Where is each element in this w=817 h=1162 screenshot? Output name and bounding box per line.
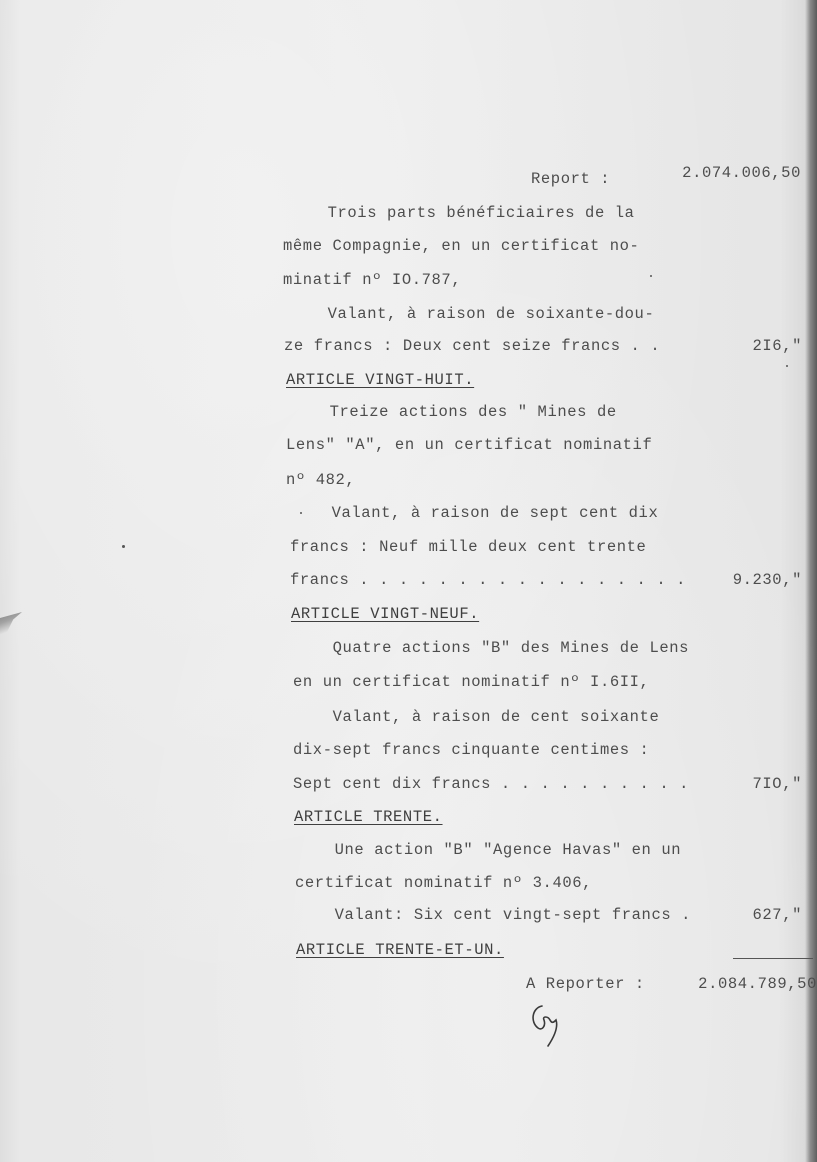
ink-speck [650, 275, 652, 277]
line-amount: 627," [680, 906, 802, 924]
body-line: minatif nº IO.787, [283, 271, 461, 289]
line-amount: 2I6," [680, 337, 802, 355]
body-line: Lens" "A", en un certificat nominatif [286, 436, 652, 454]
body-line: certificat nominatif nº 3.406, [295, 874, 592, 892]
article-heading: ARTICLE VINGT-NEUF. [291, 605, 479, 623]
body-line: même Compagnie, en un certificat no- [283, 237, 639, 255]
body-line: francs : Neuf mille deux cent trente [290, 538, 646, 556]
body-line: en un certificat nominatif nº I.6II, [293, 673, 649, 691]
body-line: Valant: Six cent vingt-sept francs . [295, 906, 691, 924]
body-line: ze francs : Deux cent seize francs . . [284, 337, 660, 355]
ink-speck [300, 512, 302, 514]
line-amount: 7IO," [680, 775, 802, 793]
carry-forward-amount: 2.084.789,50 [680, 975, 817, 993]
carry-forward-label: A Reporter : [526, 975, 645, 993]
paper-tear-mark [0, 612, 22, 642]
body-line: Quatre actions "B" des Mines de Lens [293, 639, 689, 657]
body-line: nº 482, [286, 471, 355, 489]
body-line: Sept cent dix francs . . . . . . . . . . [293, 775, 689, 793]
line-amount: 9.230," [680, 571, 802, 589]
body-line: dix-sept francs cinquante centimes : [293, 741, 649, 759]
body-line: Valant, à raison de sept cent dix [292, 504, 658, 522]
body-line: Valant, à raison de cent soixante [293, 708, 659, 726]
scanned-page: Report : 2.074.006,50 Trois parts bénéfi… [0, 0, 817, 1162]
body-line: Trois parts bénéficiaires de la [288, 204, 635, 222]
article-heading: ARTICLE VINGT-HUIT. [286, 371, 474, 389]
ink-speck [122, 545, 125, 548]
signature-initials-icon [528, 1000, 568, 1050]
sum-rule [733, 958, 813, 959]
body-line: Une action "B" "Agence Havas" en un [295, 841, 681, 859]
article-heading: ARTICLE TRENTE. [294, 808, 443, 826]
report-label: Report : [531, 170, 610, 188]
article-heading: ARTICLE TRENTE-ET-UN. [296, 941, 504, 959]
body-line: francs . . . . . . . . . . . . . . . . . [290, 571, 686, 589]
body-line: Treize actions des " Mines de [290, 403, 617, 421]
report-amount: 2.074.006,50 [660, 164, 801, 182]
body-line: Valant, à raison de soixante-dou- [288, 305, 654, 323]
ink-speck [786, 365, 788, 367]
